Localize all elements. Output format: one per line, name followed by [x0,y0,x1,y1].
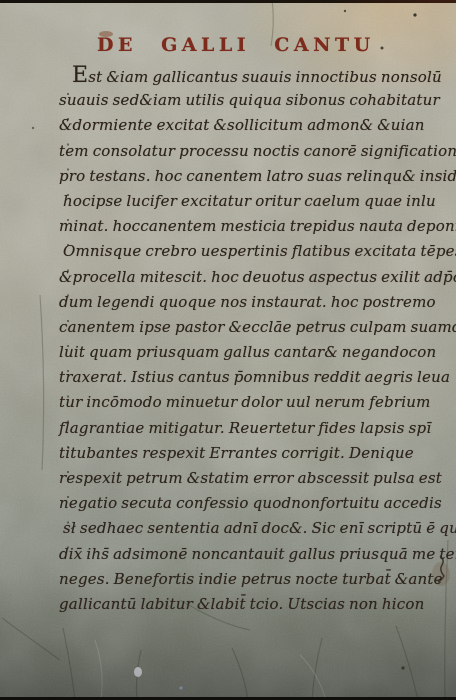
text-line: dix̄ ihs̄ adsimonē noncantauit gallus pr… [59,542,447,567]
ink-dot-5 [32,127,34,129]
text-line: dum legendi quoque nos instaurat. hoc po… [59,290,447,315]
text-line: neges. Benefortis indie petrus nocte tur… [59,567,447,592]
text-line: respexit petrum &statim error abscessit … [59,466,447,491]
manuscript-page: DE GALLI CANTU Est &iam gallicantus suau… [0,0,456,700]
ink-dot-4 [401,666,404,669]
blue-speck [179,686,182,689]
text-line: tur incōmodo minuetur dolor uul nerum fe… [59,390,447,415]
text-block: Est &iam gallicantus suauis innoctibus n… [59,63,447,617]
text-line: gallicantū labitur &labit̄ tcio. Utscias… [59,592,447,617]
text-line: minat. hoccanentem mesticia trepidus nau… [59,214,447,239]
text-line: tem consolatur processu noctis canorē si… [59,139,447,164]
text-line: flagrantiae mitigatur. Reuertetur fides … [59,416,447,441]
text-line: canentem ipse pastor &ecclāe petrus culp… [59,315,447,340]
text-line: luit quam priusquam gallus cantar& negan… [59,340,447,365]
white-speck [134,667,142,677]
text-line: negatio secuta confessio quodnonfortuitu… [59,491,447,516]
ink-dot-2 [413,13,416,16]
photo-edge-top [0,0,456,3]
text-line: &dormiente excitat &sollicitum admon& &u… [59,113,447,138]
text-line: traxerat. Istius cantus p̄omnibus reddit… [59,365,447,390]
text-line: hocipse lucifer excitatur oritur caelum … [59,189,447,214]
ink-dot-1 [381,47,384,50]
text-line: Est &iam gallicantus suauis innoctibus n… [59,63,447,88]
text-line: &procella mitescit. hoc deuotus aspectus… [59,265,447,290]
ink-dot-3 [344,10,346,12]
light-veins [95,640,326,700]
text-line: titubantes respexit Errantes corrigit. D… [59,441,447,466]
text-line: sł sedhaec sententia adnī doc&. Sic enī … [59,516,447,541]
text-line: Omnisque crebro uespertinis flatibus exc… [59,239,447,264]
rubric-title: DE GALLI CANTU [97,34,375,56]
text-line: suauis sed&iam utilis quiqua sibonus coh… [59,88,447,113]
text-line: pro testans. hoc canentem latro suas rel… [59,164,447,189]
